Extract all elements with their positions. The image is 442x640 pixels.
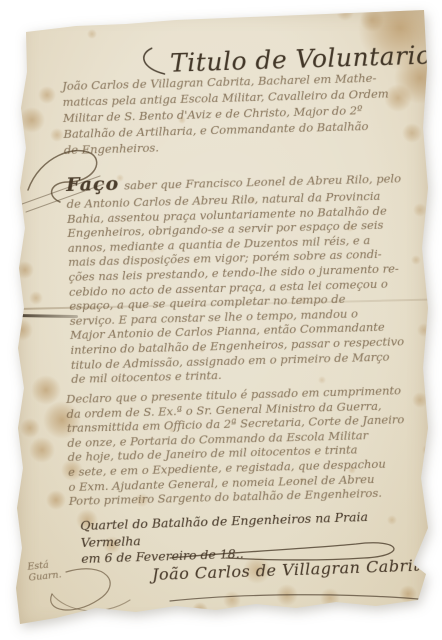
fold-crease-dark [16, 314, 78, 318]
signature-underline-flourish [166, 588, 426, 606]
title-swash-flourish [134, 44, 169, 79]
body-paragraph-lines: de Antonio Carlos de Abreu Rilo, natural… [66, 188, 433, 387]
closing-paragraph: Declaro que o presente titulo é passado … [66, 383, 431, 509]
body-paragraph: Façosaber que Francisco Leonel de Abreu … [66, 169, 433, 387]
margin-note-flourish [32, 554, 142, 626]
paper-sheet: Titulo de Voluntario João Carlos de Vill… [16, 8, 430, 630]
photo-background: Titulo de Voluntario João Carlos de Vill… [0, 0, 442, 640]
drop-capital-word: Faço [66, 173, 120, 196]
manuscript-photo: Titulo de Voluntario João Carlos de Vill… [0, 0, 442, 640]
